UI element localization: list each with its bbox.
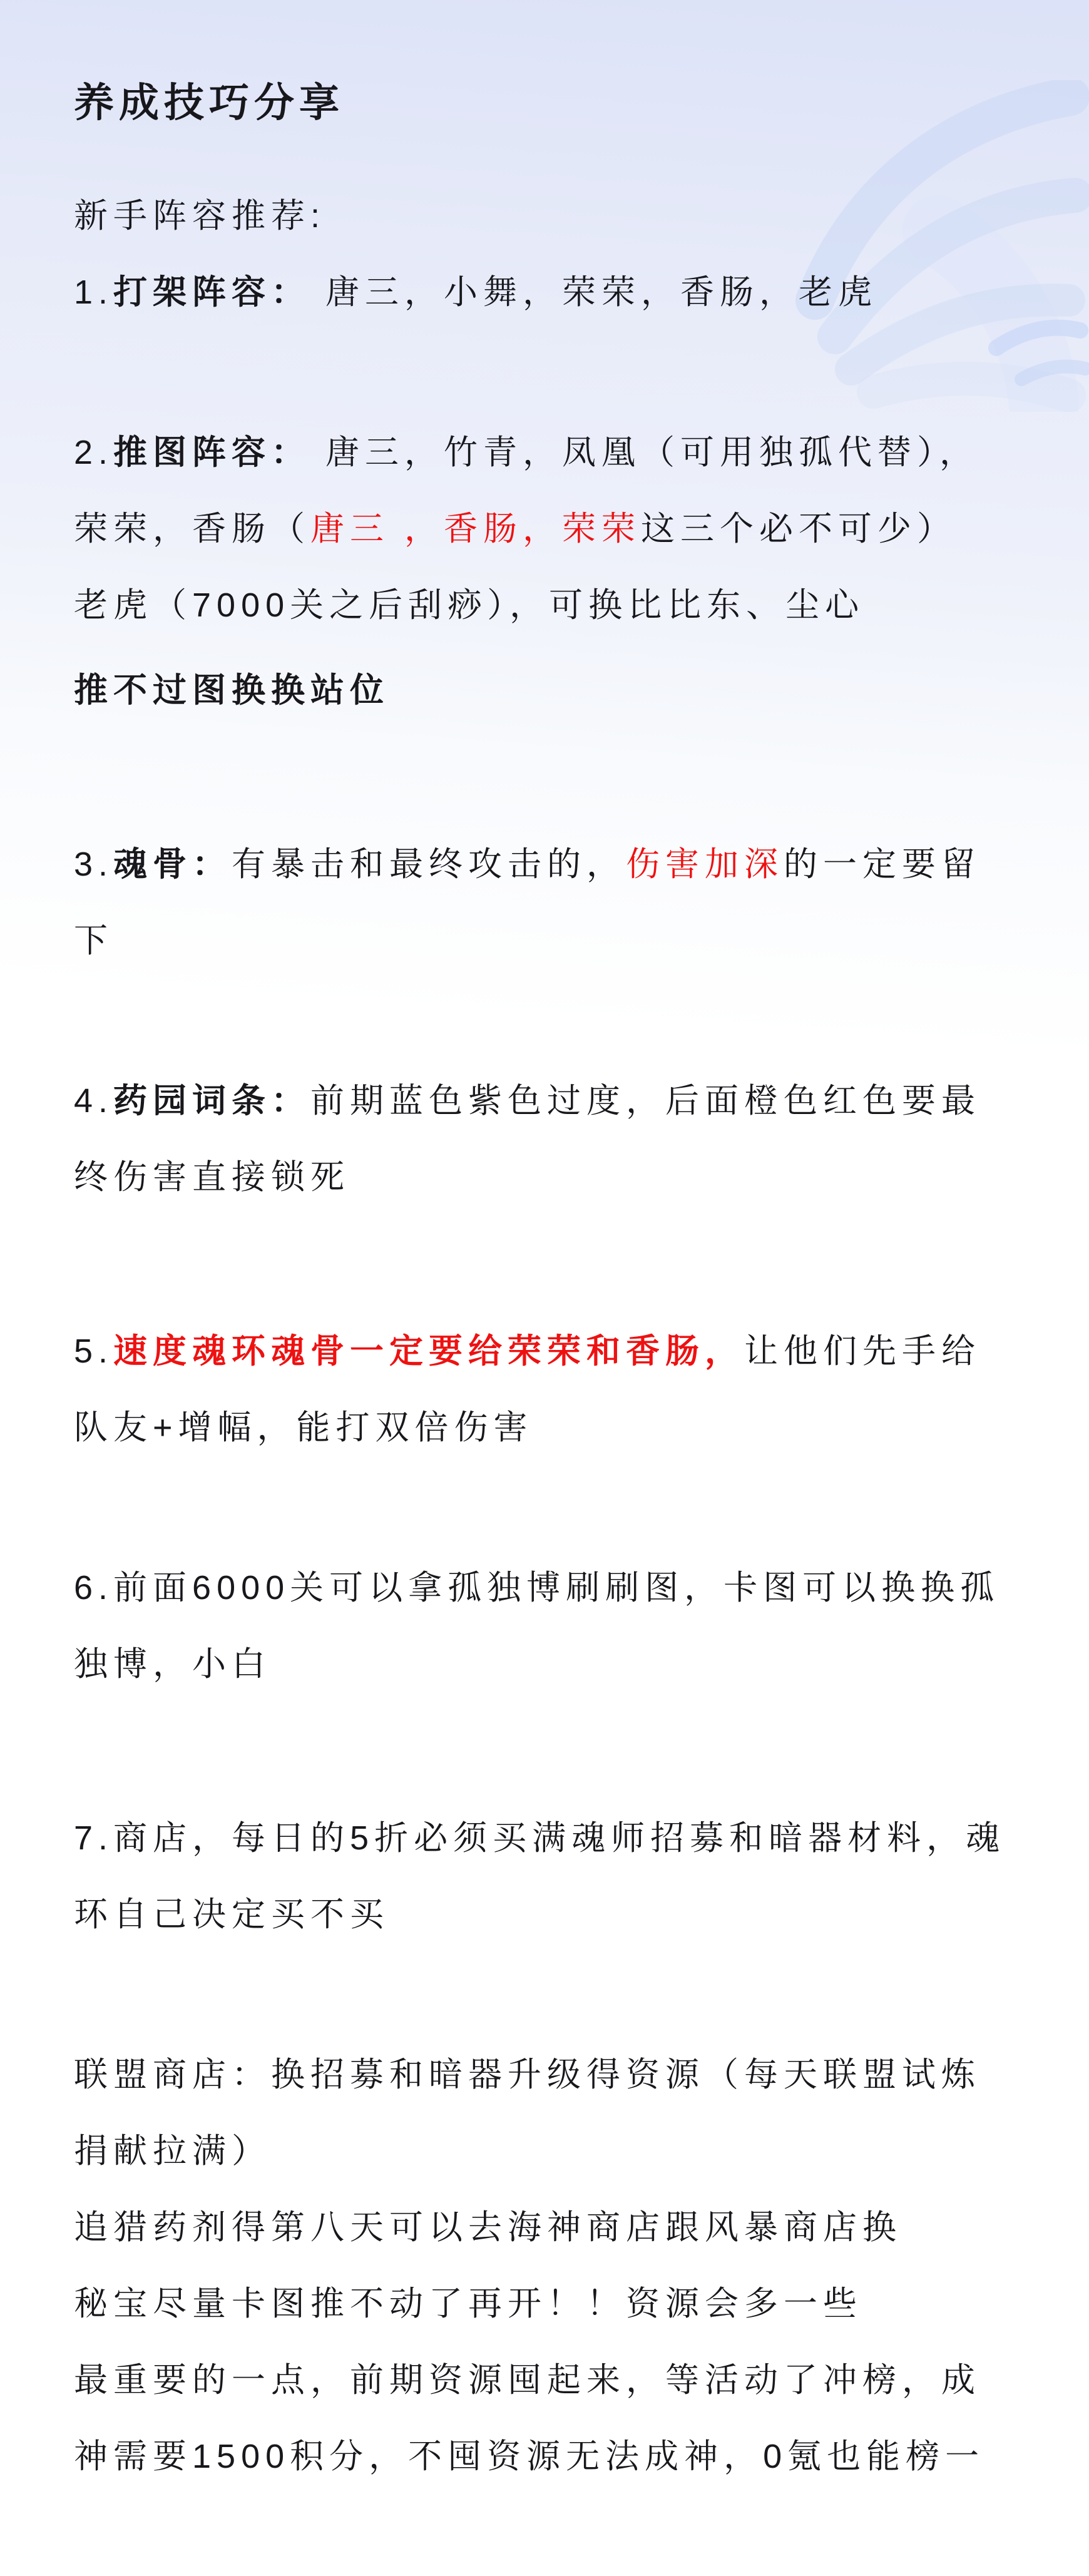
- text-segment: 3.: [74, 846, 113, 883]
- text-segment: 伤害加深: [626, 846, 784, 883]
- text-segment: 7.商店，每日的5折必须买满魂师招募和暗器材料，魂 环自己决定买不买: [74, 1819, 1005, 1933]
- text-segment: 速度魂环魂骨一定要给荣荣和香肠，: [113, 1332, 744, 1370]
- text-segment: 6.前面6000关可以拿孤独博刷刷图，卡图可以换换孤 独博，小白: [74, 1569, 1000, 1683]
- note-page: 养成技巧分享 新手阵容推荐: 1.打架阵容： 唐三，小舞，荣荣，香肠，老虎 2.…: [0, 0, 1089, 2576]
- paragraph-garden-affixes: 4.药园词条：前期蓝色紫色过度，后面橙色红色要最 终伤害直接锁死: [74, 1063, 1015, 1215]
- paragraph-speed-rings: 5.速度魂环魂骨一定要给荣荣和香肠，让他们先手给 队友+增幅，能打双倍伤害: [74, 1313, 1015, 1466]
- paragraph-stage-6000: 6.前面6000关可以拿孤独博刷刷图，卡图可以换换孤 独博，小白: [74, 1550, 1015, 1702]
- text-segment: 2.: [74, 434, 113, 471]
- article-content: 养成技巧分享 新手阵容推荐: 1.打架阵容： 唐三，小舞，荣荣，香肠，老虎 2.…: [0, 0, 1089, 2495]
- text-segment: 推不过图换换站位: [74, 672, 389, 709]
- text-segment: 唐三，小舞，荣荣，香肠，老虎: [310, 273, 877, 311]
- text-segment: 4.: [74, 1082, 113, 1120]
- paragraph-soul-bones: 3.魂骨：有暴击和最终攻击的，伤害加深的一定要留 下: [74, 826, 1015, 979]
- heading-reposition-tip: 推不过图换换站位: [74, 652, 1015, 728]
- text-segment: 魂骨：: [113, 846, 232, 883]
- paragraph-team-recommend: 新手阵容推荐: 1.打架阵容： 唐三，小舞，荣荣，香肠，老虎: [74, 178, 1015, 330]
- text-segment: 有暴击和最终攻击的，: [232, 846, 626, 883]
- text-segment: 打架阵容：: [113, 273, 310, 311]
- text-segment: 唐三 ，香肠，荣荣: [310, 510, 641, 548]
- text-segment: 药园词条：: [113, 1082, 310, 1120]
- text-segment: 推图阵容：: [113, 434, 310, 471]
- paragraph-daily-shop: 7.商店，每日的5折必须买满魂师招募和暗器材料，魂 环自己决定买不买: [74, 1800, 1015, 1953]
- text-segment: 5.: [74, 1332, 113, 1370]
- text-segment: 联盟商店：换招募和暗器升级得资源（每天联盟试炼 捐献拉满） 追猎药剂得第八天可以…: [74, 2056, 984, 2475]
- paragraph-alliance-shop: 联盟商店：换招募和暗器升级得资源（每天联盟试炼 捐献拉满） 追猎药剂得第八天可以…: [74, 2037, 1015, 2495]
- paragraph-push-map-team: 2.推图阵容： 唐三，竹青，凤凰（可用独孤代替）， 荣荣，香肠（唐三 ，香肠，荣…: [74, 414, 1015, 643]
- page-title: 养成技巧分享: [74, 78, 1015, 128]
